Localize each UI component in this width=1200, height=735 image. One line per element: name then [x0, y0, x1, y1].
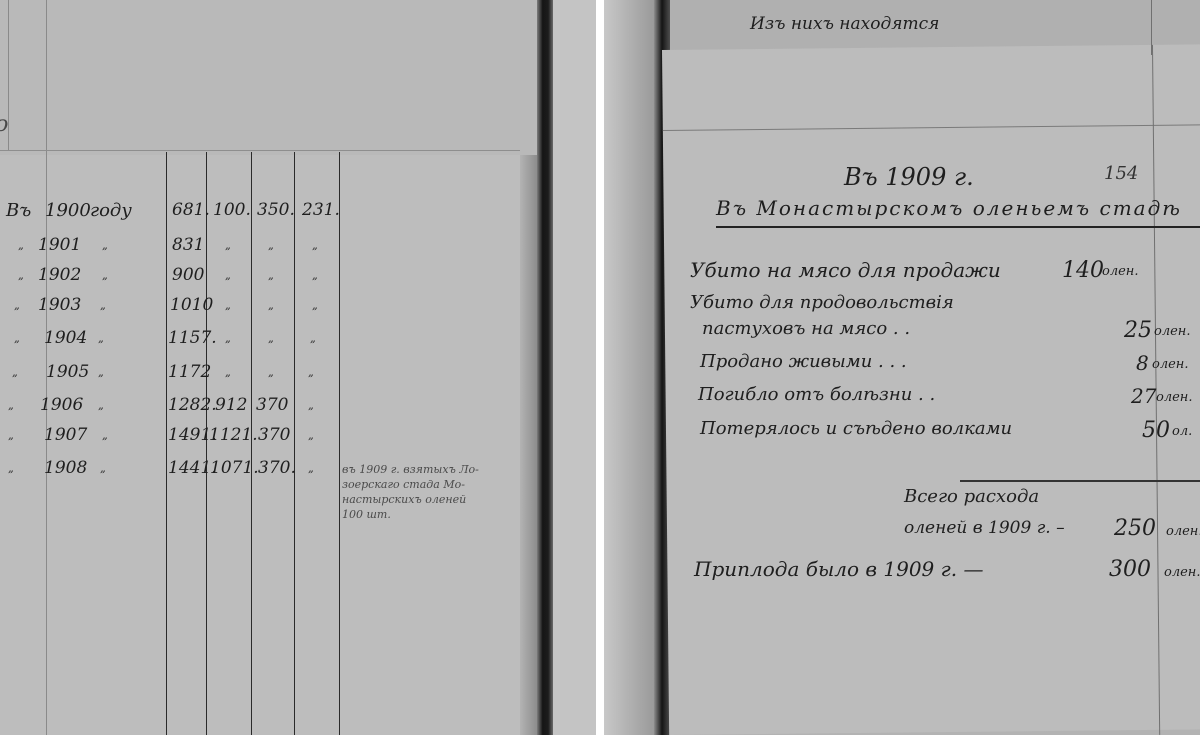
row-year: 1900 — [45, 200, 91, 221]
table-row: „ 1907 „ 1491. 1121. 370 „ — [0, 425, 340, 453]
table-row: „ 1908 „ 1441. 1071. 370. „ — [0, 458, 340, 486]
row-label-prefix: „ — [8, 429, 14, 442]
cell-col4: „ — [308, 366, 314, 379]
row-year: 1904 — [44, 328, 87, 348]
row-label-prefix: „ — [8, 462, 14, 475]
income-amount: 300 — [1109, 557, 1151, 582]
cell-col2: „ — [225, 332, 231, 345]
row-label-suffix: „ — [102, 269, 108, 282]
total-label-2: оленей в 1909 г. – — [904, 518, 1065, 538]
expense-unit: олен. — [1102, 264, 1139, 279]
table-row: „ 1901 „ 831 „ „ „ — [0, 235, 340, 263]
row-year: 1901 — [38, 235, 81, 255]
expense-label: Убито для продовольствія — [690, 292, 954, 313]
cell-total: 1282. — [168, 395, 217, 415]
page-number: 154 — [1104, 163, 1138, 184]
row-label-suffix: „ — [100, 462, 106, 475]
total-rule — [960, 480, 1200, 482]
table-row: Въ 1900 году 681. 100. 350. 231. — [0, 200, 340, 228]
row-label-suffix: „ — [102, 429, 108, 442]
cell-col4: „ — [312, 299, 318, 312]
cell-col4: „ — [308, 399, 314, 412]
total-unit: олен. — [1166, 524, 1200, 539]
expense-row: Потерялось и съѣдено волками 50 ол. — [604, 418, 1144, 448]
cell-total: 831 — [172, 235, 204, 255]
cell-col2: „ — [225, 239, 231, 252]
margin-mark: ↄ — [0, 112, 8, 137]
sheet-top-rule — [663, 124, 1200, 131]
heading-underline — [716, 226, 1200, 228]
row-label-prefix: Въ — [6, 200, 31, 221]
income-label: Приплода было в 1909 г. — — [694, 557, 983, 581]
cell-col3: „ — [268, 299, 274, 312]
book-spine-shadow — [537, 0, 553, 735]
cell-col3: 370. — [258, 458, 296, 478]
expense-amount: 8 — [1136, 351, 1149, 375]
margin-note: въ 1909 г. взятыхъ Ло- зоерскаго стада М… — [342, 462, 522, 522]
cell-col4: „ — [308, 429, 314, 442]
cell-total: 1010 — [170, 295, 213, 315]
row-year: 1902 — [38, 265, 81, 285]
expense-row: Погибло отъ болѣзни . . 27 олен. — [604, 384, 1144, 414]
cell-col2: „ — [225, 366, 231, 379]
expense-unit: олен. — [1154, 324, 1191, 339]
facing-page-edge — [553, 0, 596, 735]
cell-col4: „ — [312, 239, 318, 252]
note-line: зоерскаго стада Мо- — [342, 477, 522, 492]
cell-total: 1157. — [168, 328, 217, 348]
expense-unit: ол. — [1172, 424, 1192, 439]
cell-col2: „ — [225, 269, 231, 282]
right-ledger-page: Изъ нихъ находятся 154 Въ 1909 г. Въ Мон… — [604, 0, 1200, 735]
cell-col2: „ — [225, 299, 231, 312]
row-year: 1906 — [40, 395, 83, 415]
heading-title: Въ Монастырскомъ оленьемъ стадѣ — [716, 196, 1182, 220]
total-amount: 250 — [1114, 516, 1156, 541]
cell-col4: „ — [308, 462, 314, 475]
row-label-prefix: „ — [8, 399, 14, 412]
expense-unit: олен. — [1156, 390, 1193, 405]
expense-label: Погибло отъ болѣзни . . — [698, 384, 935, 405]
row-label-prefix: „ — [14, 299, 20, 312]
top-note: Изъ нихъ находятся — [750, 14, 939, 34]
row-label-prefix: „ — [12, 366, 18, 379]
expense-amount: 140 — [1062, 258, 1104, 283]
heading-year: Въ 1909 г. — [844, 163, 974, 191]
note-line: въ 1909 г. взятыхъ Ло- — [342, 462, 522, 477]
table-row: „ 1902 „ 900 „ „ „ — [0, 265, 340, 293]
expense-label: Продано живыми . . . — [700, 351, 907, 372]
note-line: 100 шт. — [342, 507, 522, 522]
income-unit: олен. — [1164, 565, 1200, 580]
expense-unit: олен. — [1152, 357, 1189, 372]
row-label-suffix: „ — [100, 299, 106, 312]
expense-label: пастуховъ на мясо . . — [702, 318, 910, 339]
cell-col4: „ — [310, 332, 316, 345]
expense-amount: 50 — [1142, 418, 1170, 443]
table-row: „ 1903 „ 1010 „ „ „ — [0, 295, 340, 323]
cell-col2: 1071. — [210, 458, 259, 478]
expense-row: Убито на мясо для продажи 140 олен. — [604, 258, 1144, 288]
cell-col4: „ — [312, 269, 318, 282]
table-row: „ 1906 „ 1282. 912 370 „ — [0, 395, 340, 423]
row-year: 1908 — [44, 458, 87, 478]
row-year: 1905 — [46, 362, 89, 382]
row-label-prefix: „ — [18, 239, 24, 252]
cell-col3: „ — [268, 269, 274, 282]
row-label-suffix: „ — [98, 399, 104, 412]
cell-total: 1172 — [168, 362, 211, 382]
total-label-1: Всего расхода — [904, 486, 1039, 507]
cell-col3: 370 — [256, 395, 288, 415]
cell-col3: „ — [268, 239, 274, 252]
image-divider — [596, 0, 604, 735]
right-margin-rule-top — [1151, 0, 1152, 55]
cell-col3: 370 — [258, 425, 290, 445]
cell-col2: 100. — [213, 200, 251, 220]
cell-col2: 1121. — [209, 425, 258, 445]
row-label-prefix: „ — [18, 269, 24, 282]
expense-label: Потерялось и съѣдено волками — [700, 418, 1012, 439]
row-label-suffix: „ — [98, 332, 104, 345]
row-label-prefix: „ — [14, 332, 20, 345]
cell-col3: „ — [268, 332, 274, 345]
cell-col3: 350. — [257, 200, 295, 220]
expense-amount: 27 — [1131, 384, 1156, 408]
expense-row: пастуховъ на мясо . . 25 олен. — [604, 318, 1144, 348]
row-year: 1903 — [38, 295, 81, 315]
left-ledger-page: ↄ Въ 1900 году 681. 100. 350. 231. „ 190… — [0, 0, 596, 735]
expense-label: Убито на мясо для продажи — [690, 258, 1001, 282]
row-label-suffix: „ — [102, 239, 108, 252]
table-row: „ 1905 „ 1172 „ „ „ — [0, 362, 340, 390]
cell-col3: „ — [268, 366, 274, 379]
cell-total: 900 — [172, 265, 204, 285]
row-label-suffix: „ — [98, 366, 104, 379]
sheet-shadow — [520, 155, 537, 735]
cell-col2: 912 — [215, 395, 247, 415]
expense-amount: 25 — [1124, 318, 1152, 343]
row-label-suffix: году — [90, 200, 132, 221]
note-line: настырскихъ оленей — [342, 492, 522, 507]
row-year: 1907 — [44, 425, 87, 445]
table-row: „ 1904 „ 1157. „ „ „ — [0, 328, 340, 356]
sheet-edge-line — [0, 150, 520, 151]
cell-col4: 231. — [302, 200, 340, 220]
cell-total: 681. — [172, 200, 210, 220]
expense-row: Продано живыми . . . 8 олен. — [604, 351, 1144, 381]
